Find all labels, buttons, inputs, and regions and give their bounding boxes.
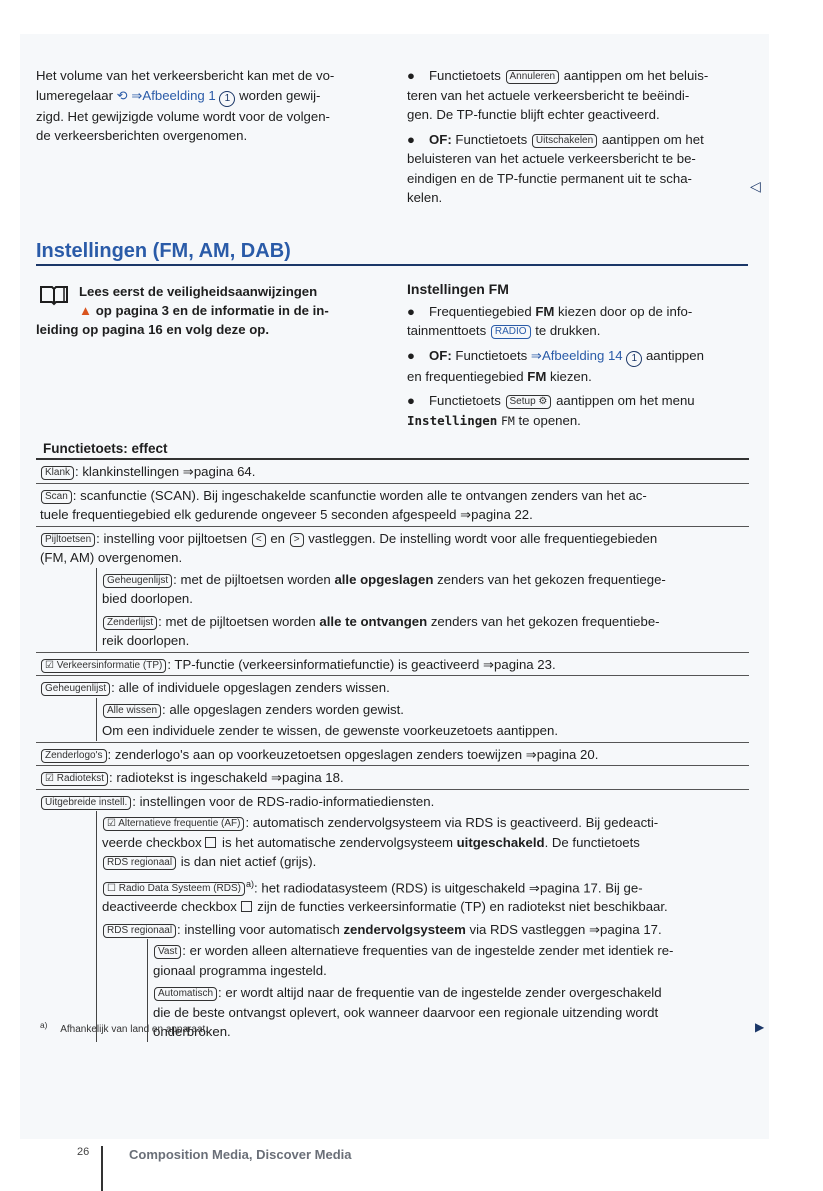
text: FM bbox=[535, 304, 554, 319]
text-line: Het volume van het verkeersbericht kan m… bbox=[36, 66, 381, 86]
nested-rows: Geheugenlijst: met de pijltoetsen worden… bbox=[96, 568, 749, 651]
row-text: : er wordt altijd naar de frequentie van… bbox=[218, 985, 662, 1000]
af-checkbox-key[interactable]: ☑ Alternatieve frequentie (AF) bbox=[103, 817, 244, 831]
table-row: Uitgebreide instell.: instellingen voor … bbox=[36, 790, 749, 1043]
right-arrow-key[interactable]: > bbox=[290, 533, 304, 547]
text-line: Lees eerst de veiligheidsaanwijzingen bbox=[36, 282, 381, 301]
row-text: : met de pijltoetsen worden bbox=[158, 614, 316, 629]
intro-right-bullets: ●Functietoets Annuleren aantippen om het… bbox=[407, 66, 752, 213]
text: Functietoets bbox=[429, 393, 501, 408]
cancel-key[interactable]: Annuleren bbox=[506, 70, 560, 84]
text: aantippen om het beluis- bbox=[564, 68, 708, 83]
row-text: zenders van het gekozen frequentiege- bbox=[437, 572, 666, 587]
row-text: : er worden alleen alternatieve frequent… bbox=[182, 943, 673, 958]
memory-list-key[interactable]: Geheugenlijst bbox=[103, 574, 172, 588]
bullet-icon: ● bbox=[407, 346, 429, 366]
row-text: zijn de functies verkeersinformatie (TP)… bbox=[257, 899, 667, 914]
radiotext-checkbox-key[interactable]: ☑ Radiotekst bbox=[41, 772, 108, 786]
table-row: Geheugenlijst: alle of individuele opges… bbox=[36, 676, 749, 743]
text: kiezen door op de info- bbox=[558, 304, 692, 319]
checkbox-empty-icon bbox=[205, 837, 216, 848]
text-line: teren van het actuele verkeersbericht te… bbox=[407, 86, 752, 106]
station-list-key[interactable]: Zenderlijst bbox=[103, 616, 157, 630]
row-text: bied doorlopen. bbox=[102, 589, 749, 609]
scan-key[interactable]: Scan bbox=[41, 490, 72, 504]
traffic-info-checkbox-key[interactable]: ☑ Verkeersinformatie (TP) bbox=[41, 659, 166, 673]
radio-key[interactable]: RADIO bbox=[491, 325, 531, 339]
table-row: Klank: klankinstellingen ⇒pagina 64. bbox=[36, 460, 749, 484]
row-text: veerde checkbox bbox=[102, 835, 202, 850]
text: te openen. bbox=[519, 413, 581, 428]
row-text: vastleggen. De instelling wordt voor all… bbox=[308, 531, 657, 546]
nested-row: ☑ Alternatieve frequentie (AF): automati… bbox=[102, 813, 749, 872]
text: worden gewij- bbox=[239, 88, 320, 103]
text: FM bbox=[527, 369, 546, 384]
figure-link[interactable]: ⇒Afbeelding 14 bbox=[531, 348, 623, 363]
station-logos-key[interactable]: Zenderlogo's bbox=[41, 749, 107, 763]
row-text: : TP-functie (verkeersinformatiefunctie)… bbox=[167, 657, 555, 672]
text-line: beluisteren van het actuele verkeersberi… bbox=[407, 149, 752, 169]
row-text: onderbroken. bbox=[153, 1022, 749, 1042]
row-text: : alle opgeslagen zenders worden gewist. bbox=[162, 702, 404, 717]
row-text: uitgeschakeld bbox=[457, 835, 545, 850]
text: Functietoets bbox=[429, 68, 501, 83]
sound-key[interactable]: Klank bbox=[41, 466, 74, 480]
row-text: zenders van het gekozen frequentiebe- bbox=[431, 614, 660, 629]
figure-link[interactable]: ⇒Afbeelding 1 bbox=[131, 88, 215, 103]
text: kiezen. bbox=[550, 369, 592, 384]
bullet-fm-radio: ●Frequentiegebied FM kiezen door op de i… bbox=[407, 302, 752, 341]
function-key-table: Functietoets: effect Klank: klankinstell… bbox=[36, 440, 749, 1043]
text: lumeregelaar bbox=[36, 88, 113, 103]
footnote-marker: a) bbox=[40, 1020, 47, 1030]
rds-regional-key[interactable]: RDS regionaal bbox=[103, 856, 176, 870]
row-text: reik doorlopen. bbox=[102, 631, 749, 651]
nested-rows: Alle wissen: alle opgeslagen zenders wor… bbox=[96, 698, 749, 741]
row-text: alle opgeslagen bbox=[334, 572, 433, 587]
fm-title: Instellingen FM bbox=[407, 280, 752, 300]
footnote: a) Afhankelijk van land en apparaat. bbox=[40, 1020, 208, 1035]
row-text: : alle of individuele opgeslagen zenders… bbox=[111, 680, 390, 695]
text-line: leiding op pagina 16 en volg deze op. bbox=[36, 320, 381, 339]
text-line: gen. De TP-functie blijft echter geactiv… bbox=[407, 105, 752, 125]
row-text: : instelling voor automatisch bbox=[177, 922, 340, 937]
text: en frequentiegebied bbox=[407, 369, 524, 384]
bullet-icon: ● bbox=[407, 66, 429, 86]
safety-note: Lees eerst de veiligheidsaanwijzingen ▲ … bbox=[36, 282, 381, 339]
volume-knob-icon: ⟲ bbox=[117, 88, 128, 103]
row-text: : instellingen voor de RDS-radio-informa… bbox=[132, 794, 434, 809]
figure-callout-icon: 1 bbox=[626, 351, 642, 367]
row-text: is dan niet actief (grijs). bbox=[181, 854, 317, 869]
row-text: zendervolgsysteem bbox=[343, 922, 465, 937]
bullet-disable: ●OF: Functietoets Uitschakelen aantippen… bbox=[407, 130, 752, 208]
text: op pagina 3 en de informatie in de in- bbox=[96, 303, 329, 318]
or-label: OF: bbox=[429, 132, 452, 147]
row-text: deactiveerde checkbox bbox=[102, 899, 237, 914]
row-text: : klankinstellingen ⇒pagina 64. bbox=[75, 464, 255, 479]
table-row: Scan: scanfunctie (SCAN). Bij ingeschake… bbox=[36, 484, 749, 527]
row-text: : radiotekst is ingeschakeld ⇒pagina 18. bbox=[109, 770, 344, 785]
footnote-ref: a) bbox=[246, 879, 254, 889]
bullet-fm-setup: ●Functietoets Setup ⚙ aantippen om het m… bbox=[407, 391, 752, 431]
text: te drukken. bbox=[535, 323, 600, 338]
text-line: kelen. bbox=[407, 188, 752, 208]
menu-name: Instellingen bbox=[407, 413, 497, 428]
row-text: tuele frequentiegebied elk gedurende ong… bbox=[40, 505, 749, 525]
text: aantippen om het menu bbox=[556, 393, 695, 408]
automatic-key[interactable]: Automatisch bbox=[154, 987, 217, 1001]
nested-rows: ☑ Alternatieve frequentie (AF): automati… bbox=[96, 811, 749, 1042]
bullet-icon: ● bbox=[407, 391, 429, 411]
warning-icon: ▲ bbox=[79, 303, 92, 318]
row-text: : instelling voor pijltoetsen bbox=[96, 531, 247, 546]
row-text: die de beste ontvangst oplevert, ook wan… bbox=[153, 1003, 749, 1023]
text: aantippen bbox=[646, 348, 704, 363]
nested-row: ☐ Radio Data Systeem (RDS)a): het radiod… bbox=[102, 875, 749, 917]
disable-key[interactable]: Uitschakelen bbox=[532, 134, 597, 148]
table-row: Pijltoetsen: instelling voor pijltoetsen… bbox=[36, 527, 749, 653]
text: Frequentiegebied bbox=[429, 304, 532, 319]
section-title: Instellingen (FM, AM, DAB) bbox=[36, 238, 291, 264]
footer-divider bbox=[101, 1146, 103, 1191]
rds-checkbox-key[interactable]: ☐ Radio Data Systeem (RDS) bbox=[103, 882, 245, 896]
row-text: . De functietoets bbox=[545, 835, 640, 850]
row-text: : het radiodatasysteem (RDS) is uitgesch… bbox=[254, 880, 643, 895]
row-text: : scanfunctie (SCAN). Bij ingeschakelde … bbox=[73, 488, 647, 503]
row-text: gionaal programma ingesteld. bbox=[153, 961, 749, 981]
section-rule bbox=[36, 264, 748, 266]
text-line: eindigen en de TP-functie permanent uit … bbox=[407, 169, 752, 189]
text-line: zigd. Het gewijzigde volume wordt voor d… bbox=[36, 107, 381, 127]
nested-rows: Vast: er worden alleen alternatieve freq… bbox=[147, 939, 749, 1042]
fixed-key[interactable]: Vast bbox=[154, 945, 181, 959]
bullet-icon: ● bbox=[407, 130, 429, 150]
left-arrow-key[interactable]: < bbox=[252, 533, 266, 547]
clear-all-key[interactable]: Alle wissen bbox=[103, 704, 161, 718]
nested-row: Geheugenlijst: met de pijltoetsen worden… bbox=[102, 570, 749, 609]
table-row: Zenderlogo's: zenderlogo's aan op voorke… bbox=[36, 743, 749, 767]
table-row: ☑ Radiotekst: radiotekst is ingeschakeld… bbox=[36, 766, 749, 790]
table-header: Functietoets: effect bbox=[36, 440, 749, 457]
row-text: : automatisch zendervolgsysteem via RDS … bbox=[245, 815, 658, 830]
advanced-settings-key[interactable]: Uitgebreide instell. bbox=[41, 796, 131, 810]
row-text: : zenderlogo's aan op voorkeuzetoetsen o… bbox=[108, 747, 599, 762]
bullet-icon: ● bbox=[407, 302, 429, 322]
intro-volume-paragraph: Het volume van het verkeersbericht kan m… bbox=[36, 66, 381, 146]
row-text: via RDS vastleggen ⇒pagina 17. bbox=[470, 922, 662, 937]
row-text: Om een individuele zender te wissen, de … bbox=[102, 721, 749, 741]
menu-name: FM bbox=[501, 414, 515, 428]
text: Functietoets bbox=[455, 348, 527, 363]
rds-regional-key[interactable]: RDS regionaal bbox=[103, 924, 176, 938]
row-text: alle te ontvangen bbox=[319, 614, 427, 629]
figure-callout-icon: 1 bbox=[219, 91, 235, 107]
text-line: de verkeersberichten overgenomen. bbox=[36, 126, 381, 146]
row-text: (FM, AM) overgenomen. bbox=[40, 548, 749, 568]
bullet-fm-figure: ●OF: Functietoets ⇒Afbeelding 14 1 aanti… bbox=[407, 346, 752, 387]
row-text: : met de pijltoetsen worden bbox=[173, 572, 331, 587]
arrow-keys-key[interactable]: Pijltoetsen bbox=[41, 533, 95, 547]
or-label: OF: bbox=[429, 348, 452, 363]
bullet-cancel: ●Functietoets Annuleren aantippen om het… bbox=[407, 66, 752, 125]
table-row: ☑ Verkeersinformatie (TP): TP-functie (v… bbox=[36, 653, 749, 677]
checkbox-empty-icon bbox=[241, 901, 252, 912]
text: Functietoets bbox=[455, 132, 527, 147]
footer-title: Composition Media, Discover Media bbox=[129, 1147, 352, 1162]
text: aantippen om het bbox=[602, 132, 704, 147]
footnote-text: Afhankelijk van land en apparaat. bbox=[60, 1024, 208, 1035]
nested-row: Zenderlijst: met de pijltoetsen worden a… bbox=[102, 612, 749, 651]
row-text: en bbox=[270, 531, 285, 546]
text: tainmenttoets bbox=[407, 323, 486, 338]
text-line: lumeregelaar ⟲ ⇒Afbeelding 1 1 worden ge… bbox=[36, 86, 381, 107]
setup-key[interactable]: Setup ⚙ bbox=[506, 395, 552, 409]
memory-list-key[interactable]: Geheugenlijst bbox=[41, 682, 110, 696]
continue-icon: ▶ bbox=[755, 1020, 764, 1034]
section-end-icon: ◁ bbox=[750, 178, 761, 195]
fm-settings: Instellingen FM ●Frequentiegebied FM kie… bbox=[407, 280, 752, 436]
page-number: 26 bbox=[77, 1146, 89, 1158]
row-text: is het automatische zendervolgsysteem bbox=[222, 835, 453, 850]
